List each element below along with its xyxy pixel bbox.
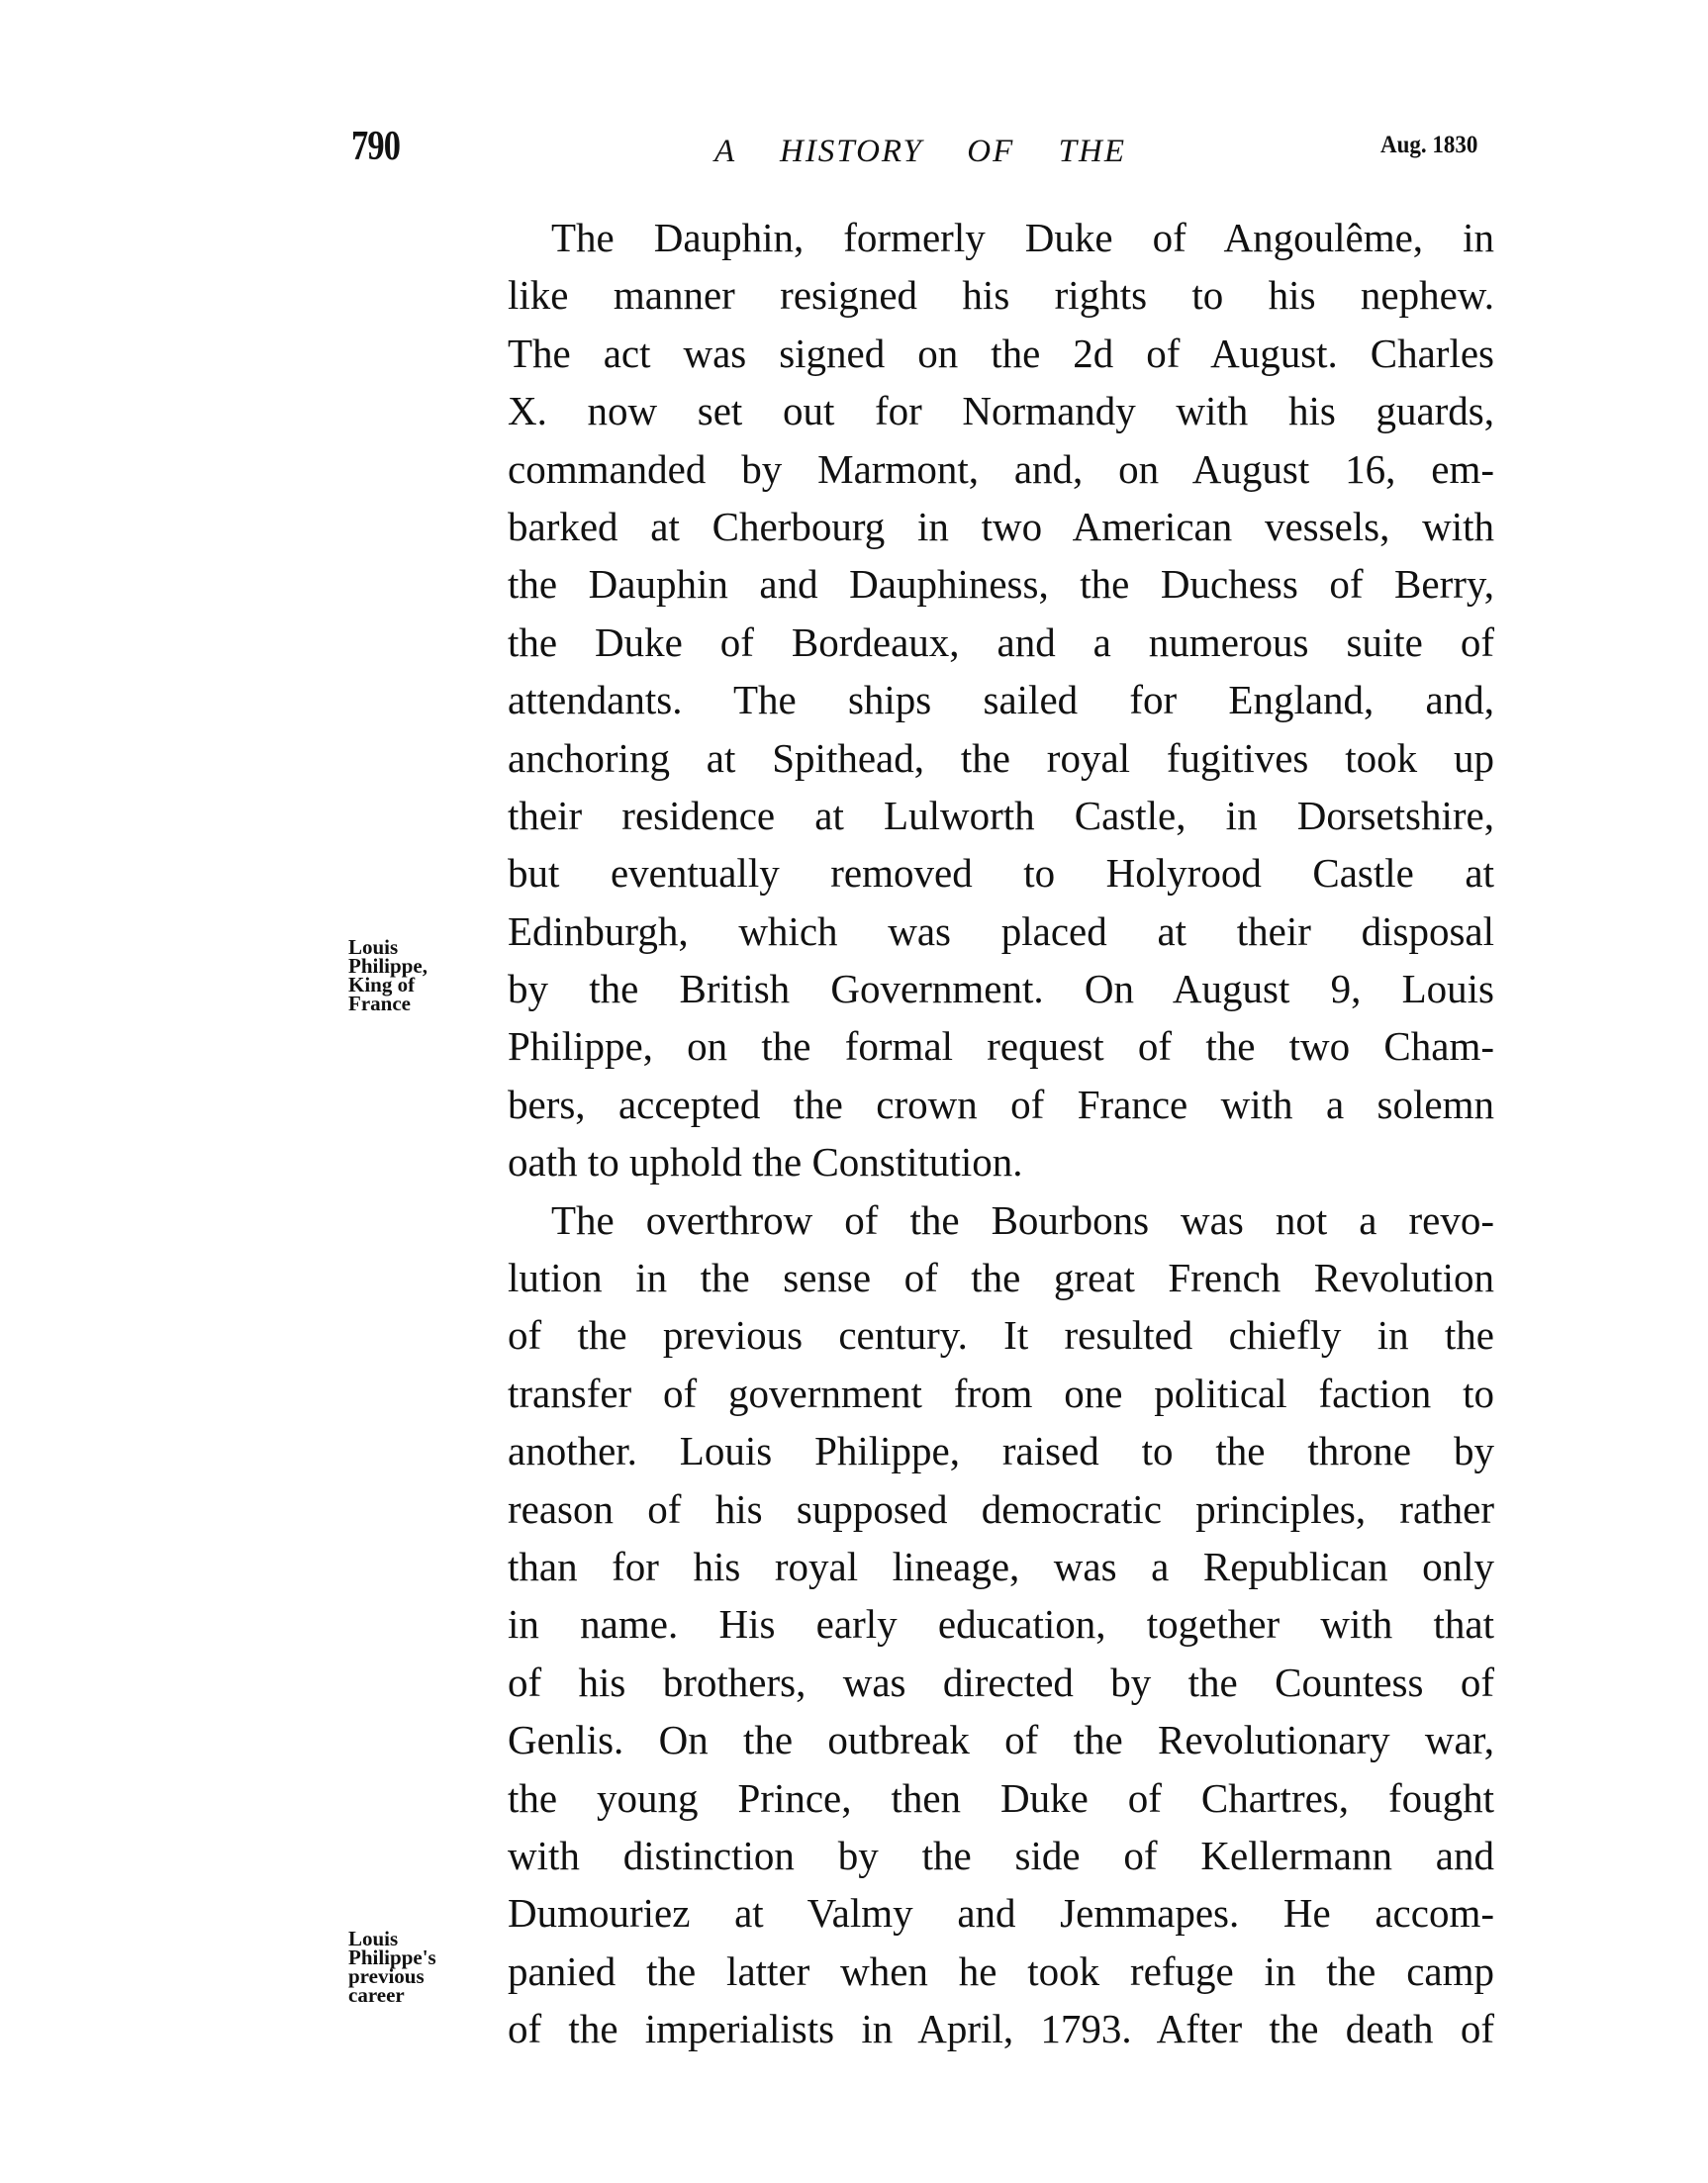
text-line: commanded by Marmont, and, on August 16,… (508, 440, 1494, 498)
text-line: another. Louis Philippe, raised to the t… (508, 1422, 1494, 1479)
text-line: Edinburgh, which was placed at their dis… (508, 902, 1494, 960)
text-line: with distinction by the side of Kellerma… (508, 1827, 1494, 1884)
text-line: like manner resigned his rights to his n… (508, 266, 1494, 324)
text-line: of the previous century. It resulted chi… (508, 1306, 1494, 1364)
text-line: Philippe, on the formal request of the t… (508, 1017, 1494, 1075)
text-line: of his brothers, was directed by the Cou… (508, 1654, 1494, 1711)
text-line: panied the latter when he took refuge in… (508, 1943, 1494, 2000)
page-number: 790 (351, 123, 400, 170)
margin-note-previous-career: Louis Philippe's previous career (348, 1930, 436, 2005)
text-line: by the British Government. On August 9, … (508, 960, 1494, 1017)
running-title: A HISTORY OF THE (714, 130, 1126, 173)
text-line: their residence at Lulworth Castle, in D… (508, 787, 1494, 844)
margin-note-line: career (348, 1986, 436, 2005)
date-heading: Aug. 1830 (1380, 130, 1477, 161)
text-line: the Duke of Bordeaux, and a numerous sui… (508, 614, 1494, 671)
text-line: The overthrow of the Bourbons was not a … (508, 1191, 1494, 1249)
text-line: Dumouriez at Valmy and Jemmapes. He acco… (508, 1884, 1494, 1942)
text-line: The Dauphin, formerly Duke of Angoulême,… (508, 209, 1494, 266)
text-line: of the imperialists in April, 1793. Afte… (508, 2000, 1494, 2057)
text-line: transfer of government from one politica… (508, 1365, 1494, 1422)
text-line: anchoring at Spithead, the royal fugitiv… (508, 729, 1494, 787)
text-line: the Dauphin and Dauphiness, the Duchess … (508, 555, 1494, 613)
margin-note-louis-philippe-king: Louis Philippe, King of France (348, 938, 427, 1013)
text-line: The act was signed on the 2d of August. … (508, 325, 1494, 382)
margin-note-line: France (348, 995, 427, 1013)
text-line: oath to uphold the Constitution. (508, 1133, 1494, 1190)
body-text: The Dauphin, formerly Duke of Angoulême,… (508, 209, 1494, 2058)
text-line: barked at Cherbourg in two American vess… (508, 498, 1494, 555)
text-line: lution in the sense of the great French … (508, 1249, 1494, 1306)
text-line: the young Prince, then Duke of Chartres,… (508, 1769, 1494, 1827)
text-line: but eventually removed to Holyrood Castl… (508, 844, 1494, 902)
text-line: X. now set out for Normandy with his gua… (508, 382, 1494, 439)
text-line: Genlis. On the outbreak of the Revolutio… (508, 1711, 1494, 1768)
book-page: 790 A HISTORY OF THE Aug. 1830 Louis Phi… (0, 0, 1708, 2183)
text-line: bers, accepted the crown of France with … (508, 1076, 1494, 1133)
text-line: reason of his supposed democratic princi… (508, 1480, 1494, 1538)
text-line: than for his royal lineage, was a Republ… (508, 1538, 1494, 1595)
text-line: attendants. The ships sailed for England… (508, 671, 1494, 728)
text-line: in name. His early education, together w… (508, 1595, 1494, 1653)
